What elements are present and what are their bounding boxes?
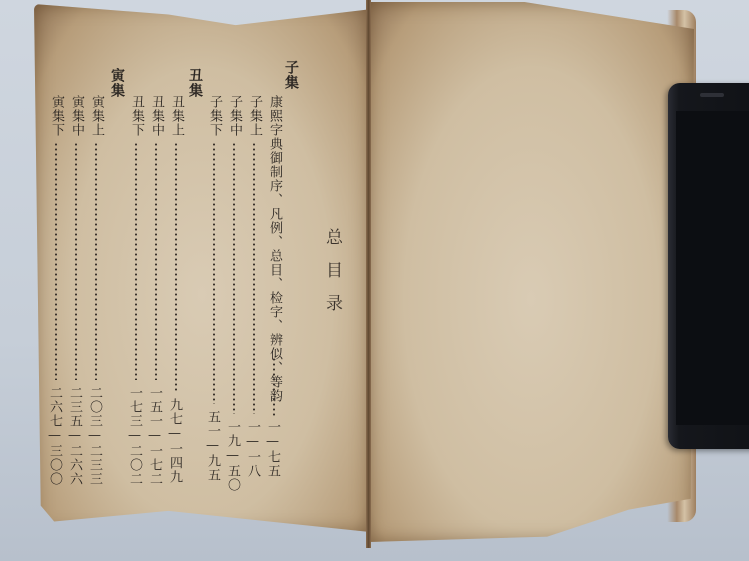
toc-entry-pages: 一—一八 [246,420,259,478]
section-title-chou: 丑集 [188,68,202,98]
toc-entry-pages: 一—七五 [266,420,279,478]
leader-dots [135,142,137,380]
toc-entry-label: 子集上 [248,95,261,137]
toc-entry-label: 子集中 [228,95,241,137]
toc-entry-pages: 九七—一四九 [168,398,181,484]
toc-entry-label: 丑集中 [150,95,163,137]
toc-main-title: 总目录 [320,228,345,327]
toc-entry-pages: 一五一—一七二 [148,386,161,486]
leader-dots [253,142,255,414]
toc-entry-pages: 五一—九五 [206,410,219,482]
toc-entry-label: 寅集中 [70,95,83,137]
right-page [368,2,694,542]
book-gutter [366,0,371,548]
leader-dots [175,142,177,392]
leader-dots [95,142,97,380]
leader-dots [273,357,275,417]
leader-dots [155,142,157,380]
toc-entry-label: 子集下 [208,95,221,137]
toc-entry-pages: 二六七—三〇〇 [48,386,61,486]
toc-entry-label: 寅集上 [90,95,103,137]
section-title-yin: 寅集 [110,68,124,98]
leader-dots [55,142,57,380]
toc-entry-label: 寅集下 [50,95,63,137]
book-photo-scene: 总目录 子集 康熙字典御制序、凡例、总目、检字、辨似、等韵 一—七五 子集上 一… [0,0,749,561]
leader-dots [213,142,215,404]
toc-entry-pages: 一九—五〇 [226,420,239,492]
toc-entry-label: 丑集上 [170,95,183,137]
toc-entry-pages: 一七三—二〇二 [128,386,141,486]
toc-entry-label: 丑集下 [130,95,143,137]
phone-screen [676,111,749,425]
phone-speaker [700,93,724,97]
leader-dots [75,142,77,380]
section-title-zi: 子集 [284,60,298,90]
toc-entry-pages: 二三五—二六六 [68,386,81,486]
smartphone [668,83,749,449]
toc-entry-pages: 二〇三—二三三 [88,386,101,486]
leader-dots [233,142,235,414]
